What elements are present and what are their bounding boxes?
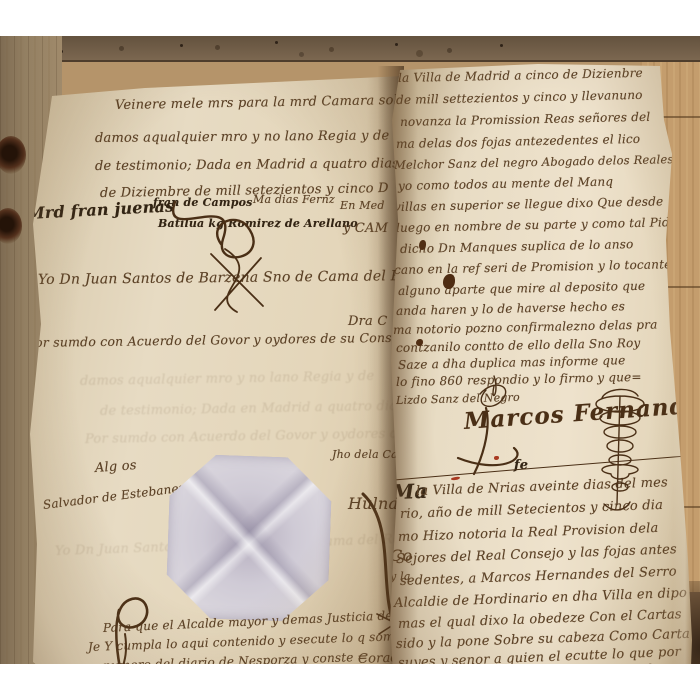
manuscript-line: ma notorio pozno confirmalezno delas pra bbox=[393, 317, 658, 337]
screenshot-stage: Veinere mele mrs para la mrd Camara sola… bbox=[0, 0, 700, 700]
letterbox-top bbox=[0, 0, 700, 36]
show-through-line: damos aqualquier mro y no lano Regia y d… bbox=[80, 369, 375, 389]
manuscript-line: mo Hizo notoria la Real Provision dela bbox=[398, 521, 659, 545]
manuscript-line: anda haren y lo de haverse hecho es bbox=[396, 299, 625, 318]
manuscript-line: Alcaldie de Hordinario en dha Villa en d… bbox=[394, 586, 688, 611]
letterbox-bottom bbox=[0, 664, 700, 700]
manuscript-line: de testimonio; Dada en Madrid a quatro d… bbox=[95, 156, 399, 174]
manuscript-line: villas en superior se llegue dixo Que de… bbox=[394, 194, 664, 214]
fold-fragment: y la bbox=[390, 570, 411, 583]
wood-plank-top bbox=[0, 36, 700, 62]
fe-mark: fe bbox=[514, 458, 528, 473]
red-ink-mark bbox=[451, 476, 460, 480]
wood-speckles bbox=[180, 44, 183, 47]
manuscript-line: de mill settezientos y cinco y llevanuno bbox=[396, 88, 643, 107]
manuscript-line: Sejores del Real Consejo y las fojas ant… bbox=[396, 542, 677, 567]
signature-name: Batilua kg Romirez de Arellano bbox=[158, 217, 358, 230]
manuscript-line: dicho Dn Manques suplica de lo anso bbox=[400, 237, 634, 256]
red-ink-speck bbox=[494, 456, 499, 460]
left-page: Veinere mele mrs para la mrd Camara sola… bbox=[25, 74, 403, 664]
manuscript-photo: Veinere mele mrs para la mrd Camara sola… bbox=[0, 36, 700, 664]
manuscript-line: lo fino 860 respondio y lo firmo y que= bbox=[396, 370, 642, 389]
manuscript-line: la Villa de Madrid a cinco de Dizienbre bbox=[398, 66, 643, 85]
manuscript-line: cano en la ref seri de Promision y lo to… bbox=[394, 257, 672, 277]
manuscript-line: novanza la Promission Reas señores del bbox=[400, 110, 651, 129]
manuscript-line: Saze a dha duplica mas informe que bbox=[398, 353, 626, 372]
show-through-line: de testimonio; Dada en Madrid a quatro d… bbox=[100, 399, 404, 419]
paper-seal bbox=[165, 453, 333, 623]
manuscript-line: sedentes, a Marcos Hernandes del Serro bbox=[400, 564, 677, 589]
right-page: la Villa de Madrid a cinco de Dizienbre … bbox=[388, 60, 695, 664]
manuscript-line: rio, año de mill Setecientos y cinco dia bbox=[400, 498, 664, 522]
manuscript-line: alguno aparte que mire al deposito que bbox=[398, 279, 646, 298]
signature-name: Ma dias Fernz bbox=[253, 193, 335, 206]
manuscript-line: luego en nombre de su parte y como tal P… bbox=[396, 215, 678, 235]
margin-note: Salvador de Estebanez bbox=[42, 481, 186, 512]
manuscript-line: Veinere mele mrs para la mrd Camara sola… bbox=[115, 93, 419, 113]
manuscript-line: yo como todos au mente del Manq bbox=[398, 174, 613, 193]
margin-note: Alg os bbox=[94, 458, 137, 476]
manuscript-line: Melchor Sanz del negro Abogado delos Rea… bbox=[394, 152, 674, 172]
manuscript-line: contzanilo contto de ello della Sno Roy bbox=[396, 336, 641, 355]
manuscript-line: damos aqualquier mro y no lano Regia y d… bbox=[95, 128, 389, 146]
signature-name: fran de Campos bbox=[153, 196, 253, 209]
manuscript-line: ma delas dos fojas antezedentes el lico bbox=[396, 132, 641, 151]
